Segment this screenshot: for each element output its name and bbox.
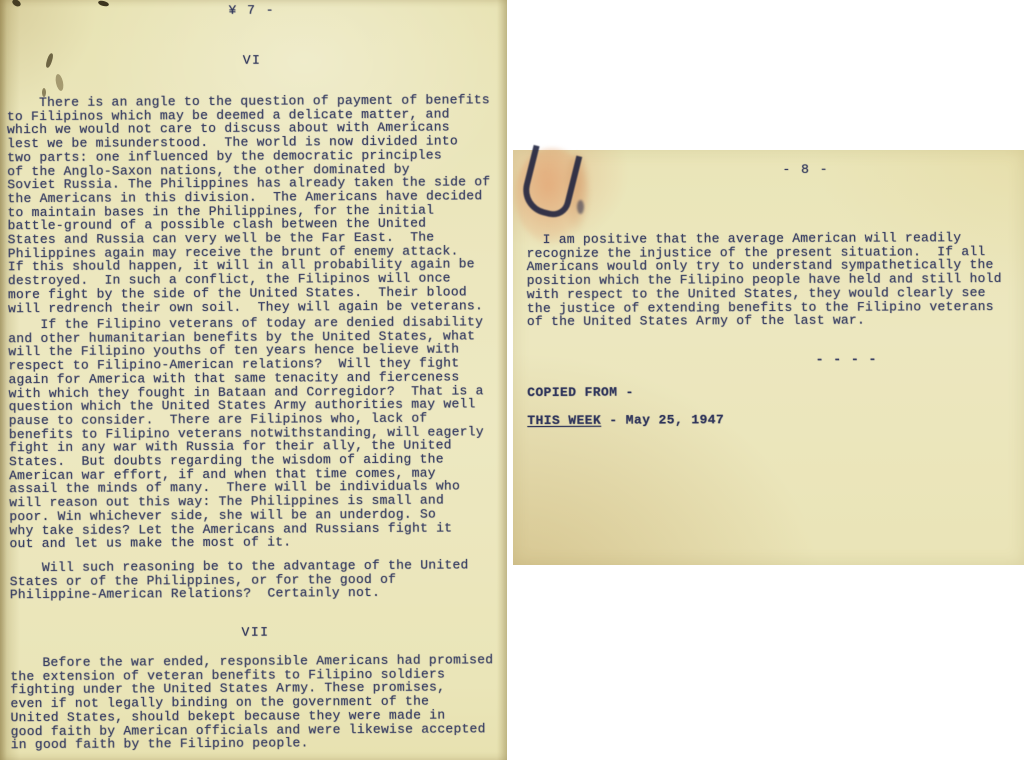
source-date: - May 25, 1947 bbox=[601, 412, 724, 428]
left-page: ¥ 7 - VI There is an angle to the questi… bbox=[0, 0, 507, 760]
dash-separator: - - - - bbox=[513, 352, 1024, 368]
typewritten-paragraph: There is an angle to the question of pay… bbox=[7, 93, 491, 315]
typewritten-paragraph: Will such reasoning be to the advantage … bbox=[10, 558, 469, 602]
section-heading-vi: VI bbox=[0, 52, 514, 69]
typewritten-paragraph: If the Filipino veterans of today are de… bbox=[8, 315, 484, 551]
right-page: - 8 - I am positive that the average Ame… bbox=[513, 150, 1024, 565]
page-number: ¥ 7 - bbox=[0, 2, 523, 19]
typewritten-paragraph: Before the war ended, responsible Americ… bbox=[10, 653, 494, 752]
right-page-text: - 8 - I am positive that the average Ame… bbox=[512, 148, 1024, 565]
section-heading-vii: VII bbox=[2, 624, 527, 641]
left-page-text: ¥ 7 - VI There is an angle to the questi… bbox=[0, 0, 510, 760]
source-citation: THIS WEEK - May 25, 1947 bbox=[527, 413, 724, 428]
scan-background: { "colors": { "paper": "#ece7bf", "ink":… bbox=[0, 0, 1024, 760]
publication-name: THIS WEEK bbox=[527, 413, 601, 428]
page-number: - 8 - bbox=[512, 162, 1024, 178]
typewritten-paragraph: I am positive that the average American … bbox=[526, 231, 1001, 329]
copied-from-label: COPIED FROM - bbox=[527, 386, 634, 400]
